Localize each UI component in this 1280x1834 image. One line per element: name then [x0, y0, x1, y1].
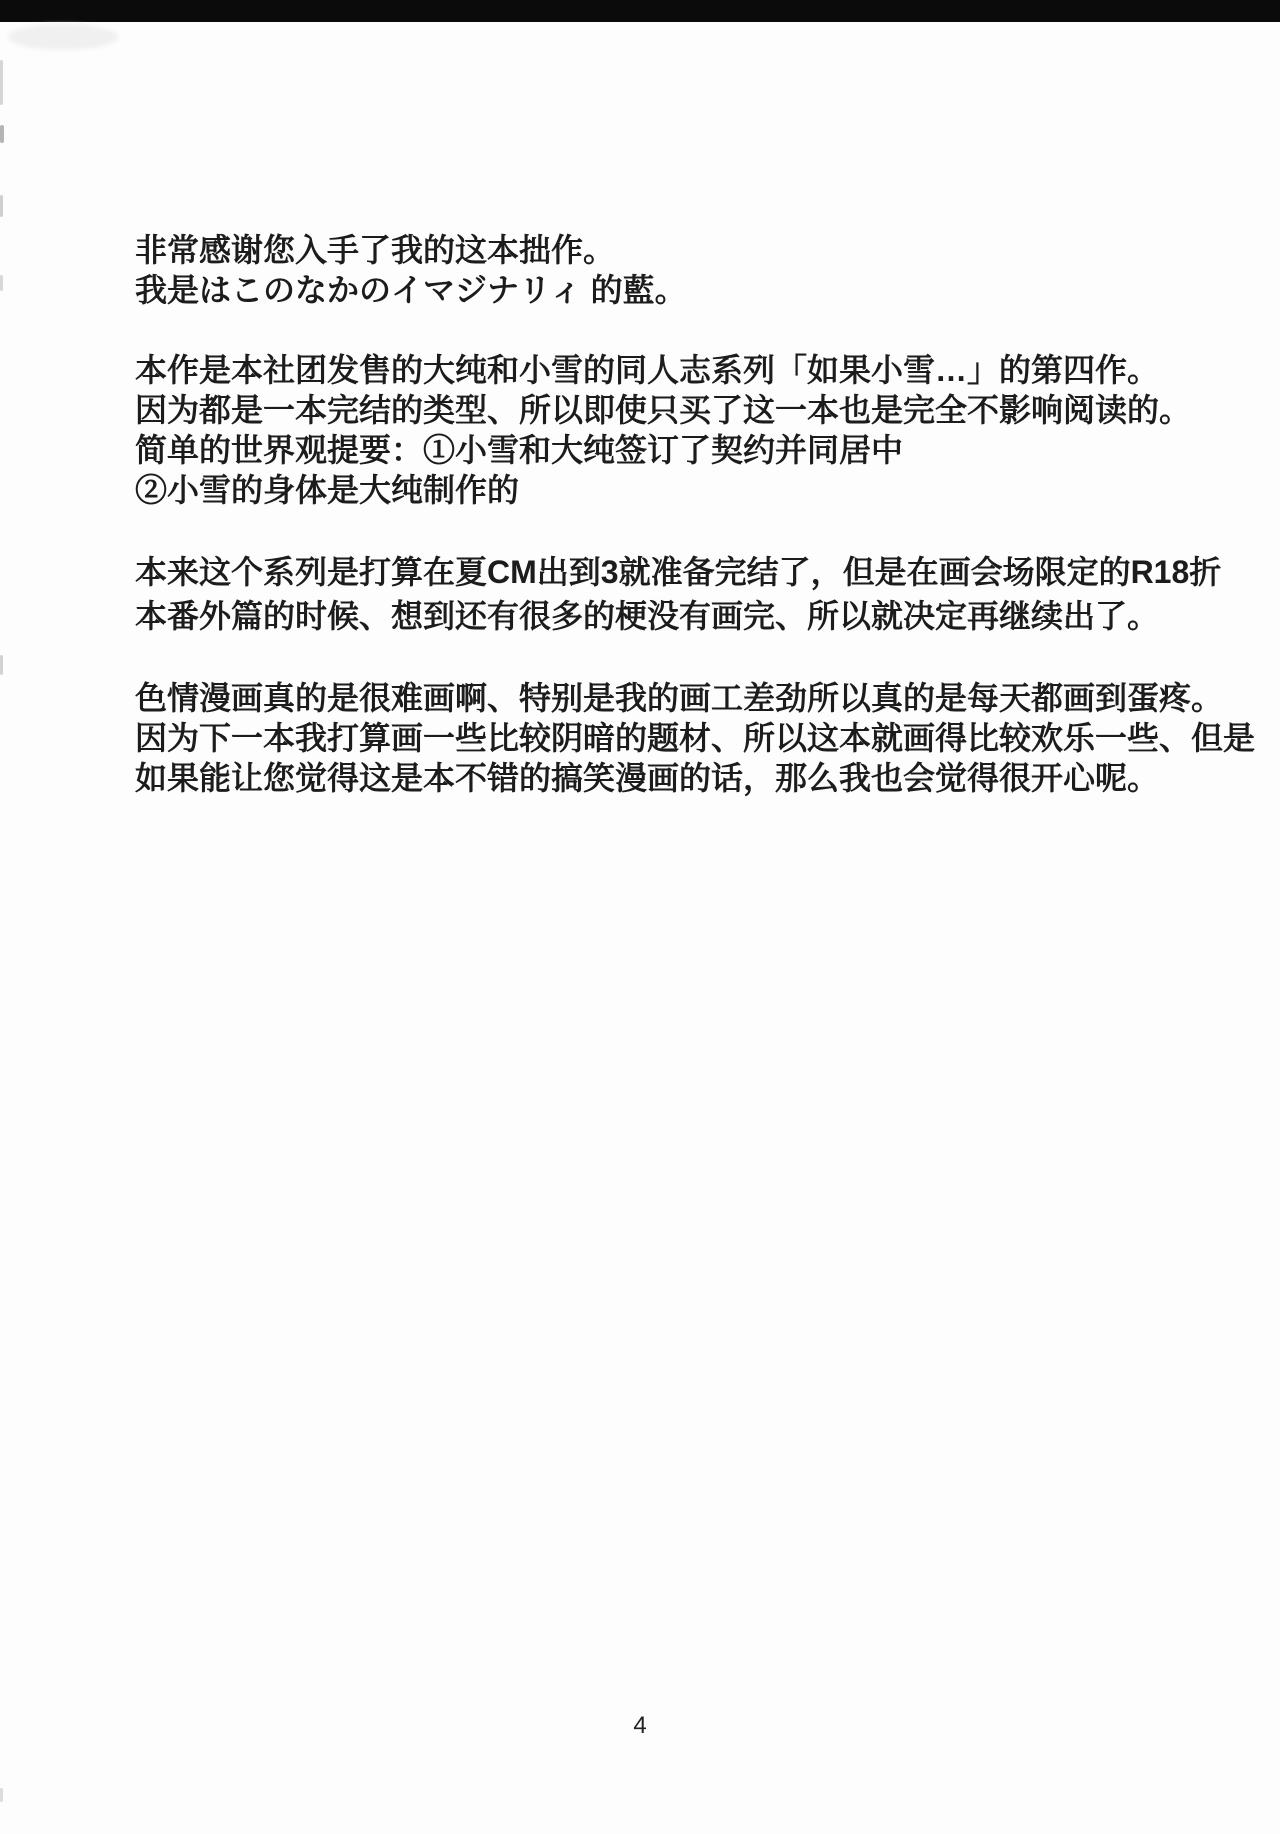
afterword-text-block: 非常感谢您入手了我的这本拙作。 我是はこのなかのイマジナリィ 的藍。 本作是本社… — [135, 230, 1195, 838]
scan-smudge — [8, 24, 118, 50]
text-line: 色情漫画真的是很难画啊、特别是我的画工差劲所以真的是每天都画到蛋疼。 — [135, 678, 1195, 718]
scan-artifact — [0, 195, 3, 217]
text-line: 本番外篇的时候、想到还有很多的梗没有画完、所以就决定再继续出了。 — [135, 594, 1195, 638]
scan-artifact — [0, 1788, 3, 1802]
text-line: 非常感谢您入手了我的这本拙作。 — [135, 230, 1195, 270]
text-line: 因为下一本我打算画一些比较阴暗的题材、所以这本就画得比较欢乐一些、但是 — [135, 718, 1195, 758]
text-line: 因为都是一本完结的类型、所以即使只买了这一本也是完全不影响阅读的。 — [135, 390, 1195, 430]
paragraph-closing: 色情漫画真的是很难画啊、特别是我的画工差劲所以真的是每天都画到蛋疼。 因为下一本… — [135, 678, 1195, 798]
text-line: 如果能让您觉得这是本不错的搞笑漫画的话，那么我也会觉得很开心呢。 — [135, 758, 1195, 798]
page-number: 4 — [0, 1712, 1280, 1740]
scan-artifact — [0, 60, 3, 105]
paragraph-series-intro: 本作是本社团发售的大纯和小雪的同人志系列「如果小雪…」的第四作。 因为都是一本完… — [135, 350, 1195, 510]
paragraph-series-plan: 本来这个系列是打算在夏CM出到3就准备完结了，但是在画会场限定的R18折 本番外… — [135, 550, 1195, 638]
scan-artifact — [0, 275, 3, 291]
text-line: ②小雪的身体是大纯制作的 — [135, 470, 1195, 510]
paragraph-greeting: 非常感谢您入手了我的这本拙作。 我是はこのなかのイマジナリィ 的藍。 — [135, 230, 1195, 310]
text-line: 简单的世界观提要：①小雪和大纯签订了契约并同居中 — [135, 430, 1195, 470]
scan-artifact — [0, 655, 3, 675]
text-line: 本作是本社团发售的大纯和小雪的同人志系列「如果小雪…」的第四作。 — [135, 350, 1195, 390]
text-line: 本来这个系列是打算在夏CM出到3就准备完结了，但是在画会场限定的R18折 — [135, 550, 1195, 594]
text-line: 我是はこのなかのイマジナリィ 的藍。 — [135, 270, 1195, 310]
scan-artifact — [0, 125, 4, 143]
scan-edge-top-bar — [0, 0, 1280, 22]
